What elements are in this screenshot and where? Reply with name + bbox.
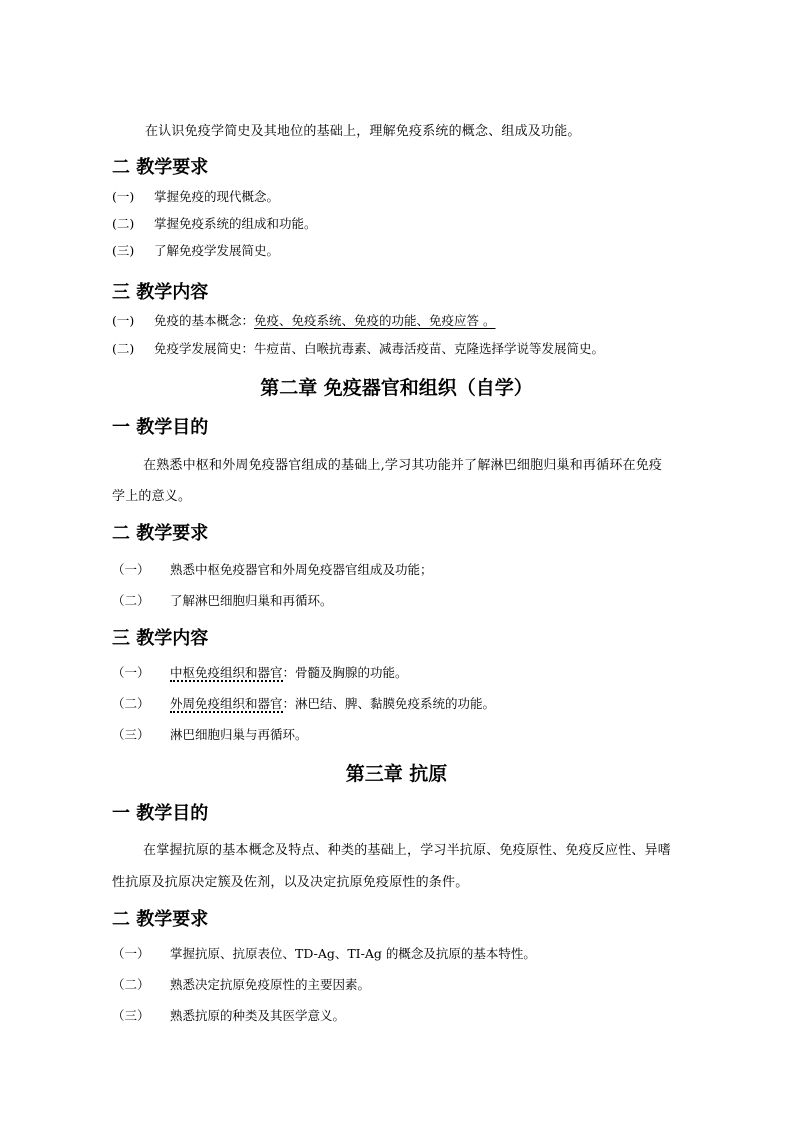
ch2-req-item-2: （二）了解淋巴细胞归巢和再循环。 <box>112 591 333 609</box>
item-number: （一） <box>112 663 170 681</box>
item-text: 了解免疫学发展简史。 <box>154 243 279 258</box>
item-number: （一） <box>112 944 170 962</box>
item-text: ：骨髓及胸腺的功能。 <box>283 665 408 680</box>
ch1-requirements-heading: 二 教学要求 <box>112 153 208 179</box>
item-number: （二） <box>112 694 170 712</box>
ch1-req-item-3: (三)了解免疫学发展简史。 <box>112 241 279 259</box>
item-number: (三) <box>112 241 154 259</box>
item-text: 掌握免疫系统的组成和功能。 <box>154 216 317 231</box>
item-text: 熟悉抗原的种类及其医学意义。 <box>170 1008 345 1023</box>
ch3-req-item-1: （一）掌握抗原、抗原表位、TD-Ag、TI-Ag 的概念及抗原的基本特性。 <box>112 944 536 962</box>
item-number: （二） <box>112 975 170 993</box>
item-number: （三） <box>112 1006 170 1024</box>
ch3-objective-line2: 性抗原及抗原决定簇及佐剂，以及决定抗原免疫原性的条件。 <box>112 871 468 890</box>
ch1-req-item-1: (一)掌握免疫的现代概念。 <box>112 187 279 205</box>
item-text: 免疫学发展简史：牛痘苗、白喉抗毒素、减毒活疫苗、克隆选择学说等发展简史。 <box>154 341 604 356</box>
ch2-objective-heading: 一 教学目的 <box>112 413 208 439</box>
ch3-req-item-3: （三）熟悉抗原的种类及其医学意义。 <box>112 1006 345 1024</box>
ch2-content-item-1: （一）中枢免疫组织和器官：骨髓及胸腺的功能。 <box>112 663 408 681</box>
item-number: （二） <box>112 591 170 609</box>
ch1-content-item-2: (二)免疫学发展简史：牛痘苗、白喉抗毒素、减毒活疫苗、克隆选择学说等发展简史。 <box>112 339 604 357</box>
ch2-objective-line2: 学上的意义。 <box>112 485 191 504</box>
ch2-req-item-1: （一）熟悉中枢免疫器官和外周免疫器官组成及功能； <box>112 560 433 578</box>
ch2-objective-line1: 在熟悉中枢和外周免疫器官组成的基础上,学习其功能并了解淋巴细胞归巢和再循环在免疫 <box>143 454 662 473</box>
item-text: 掌握免疫的现代概念。 <box>154 189 279 204</box>
item-number: (一) <box>112 187 154 205</box>
ch2-content-item-3: （三）淋巴细胞归巢与再循环。 <box>112 725 308 743</box>
ch3-objective-heading: 一 教学目的 <box>112 799 208 825</box>
item-number: （一） <box>112 560 170 578</box>
ch2-content-item-2: （二）外周免疫组织和器官：淋巴结、脾、黏膜免疫系统的功能。 <box>112 694 495 712</box>
item-number: (一) <box>112 311 154 329</box>
chapter3-title: 第三章 抗原 <box>0 759 793 786</box>
ch1-req-item-2: (二)掌握免疫系统的组成和功能。 <box>112 214 317 232</box>
item-text: 熟悉决定抗原免疫原性的主要因素。 <box>170 977 370 992</box>
ch1-objective-text: 在认识免疫学简史及其地位的基础上，理解免疫系统的概念、组成及功能。 <box>145 120 581 139</box>
item-text: 掌握抗原、抗原表位、TD-Ag、TI-Ag 的概念及抗原的基本特性。 <box>170 946 536 961</box>
ch3-req-item-2: （二）熟悉决定抗原免疫原性的主要因素。 <box>112 975 370 993</box>
dotted-term: 外周免疫组织和器官 <box>170 696 283 713</box>
item-number: （三） <box>112 725 170 743</box>
item-number: (二) <box>112 339 154 357</box>
ch1-content-heading: 三 教学内容 <box>112 278 208 304</box>
ch2-requirements-heading: 二 教学要求 <box>112 519 208 545</box>
ch3-objective-line1: 在掌握抗原的基本概念及特点、种类的基础上，学习半抗原、免疫原性、免疫反应性、异嗜 <box>143 839 671 858</box>
item-text: 淋巴细胞归巢与再循环。 <box>170 727 308 742</box>
item-text: 熟悉中枢免疫器官和外周免疫器官组成及功能； <box>170 562 433 577</box>
ch3-requirements-heading: 二 教学要求 <box>112 905 208 931</box>
item-text: 了解淋巴细胞归巢和再循环。 <box>170 593 333 608</box>
chapter2-title: 第二章 免疫器官和组织（自学） <box>0 373 793 400</box>
item-number: (二) <box>112 214 154 232</box>
item-text: ：淋巴结、脾、黏膜免疫系统的功能。 <box>283 696 496 711</box>
underlined-concepts: 免疫、免疫系统、免疫的功能、免疫应答 。 <box>254 313 495 328</box>
ch1-content-item-1: (一)免疫的基本概念：免疫、免疫系统、免疫的功能、免疫应答 。 <box>112 311 496 329</box>
dotted-term: 中枢免疫组织和器官 <box>170 665 283 682</box>
item-text: 免疫的基本概念： <box>154 313 254 328</box>
ch2-content-heading: 三 教学内容 <box>112 624 208 650</box>
